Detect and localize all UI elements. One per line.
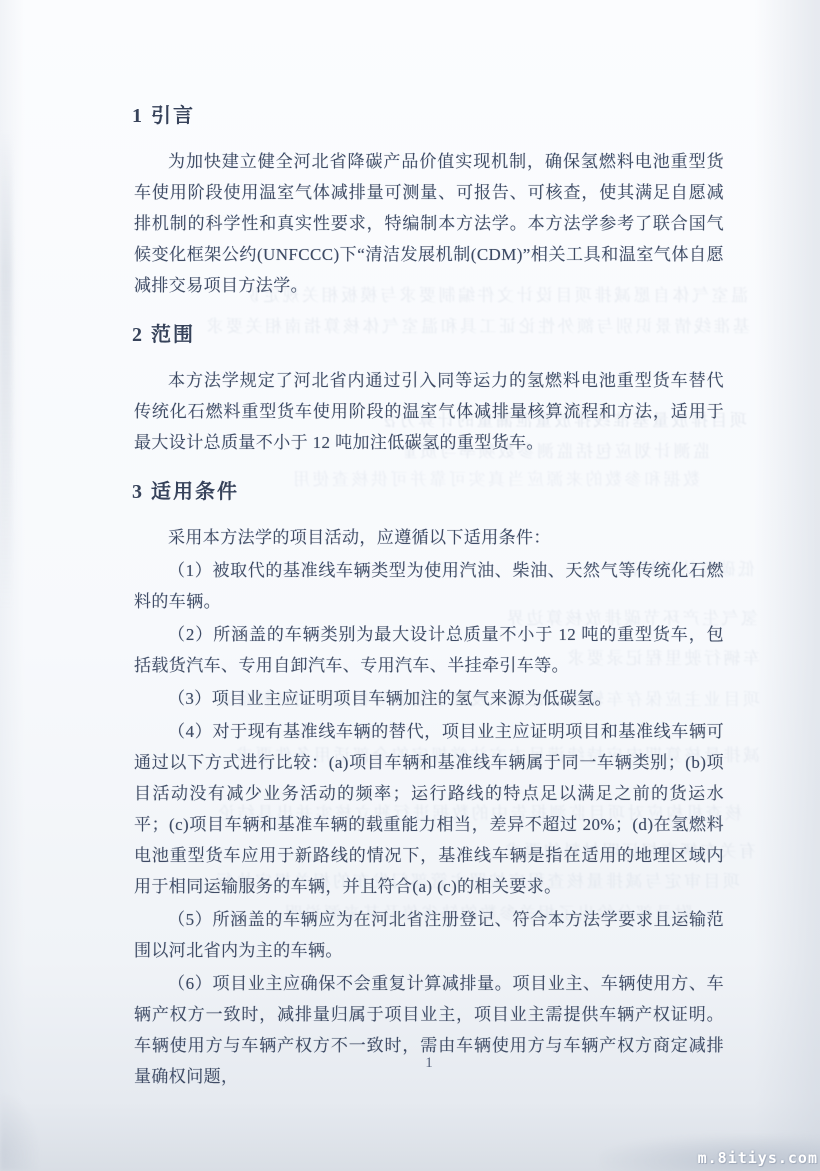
watermark-area: m.8itiys.com xyxy=(600,1131,820,1171)
condition-2-paragraph: （2）所涵盖的车辆类别为最大设计总质量不小于 12 吨的重型货车，包括载货汽车、… xyxy=(134,619,724,681)
section-2-heading: 2 范围 xyxy=(132,321,724,349)
document-content: 1 引言 为加快建立健全河北省降碳产品价值实现机制，确保氢燃料电池重型货车使用阶… xyxy=(134,102,724,1094)
section-1-paragraph: 为加快建立健全河北省降碳产品价值实现机制，确保氢燃料电池重型货车使用阶段使用温室… xyxy=(134,146,724,301)
watermark-text: m.8itiys.com xyxy=(698,1149,818,1167)
condition-3-paragraph: （3）项目业主应证明项目车辆加注的氢气来源为低碳氢。 xyxy=(134,683,724,714)
scanned-document-page: { "document": { "sections": [ { "heading… xyxy=(0,0,820,1171)
scan-edge-streak xyxy=(0,130,12,610)
section-2-paragraph: 本方法学规定了河北省内通过引入同等运力的氢燃料电池重型货车替代传统化石燃料重型货… xyxy=(134,365,724,458)
section-1-heading: 1 引言 xyxy=(132,102,724,130)
condition-1-paragraph: （1）被取代的基准线车辆类型为使用汽油、柴油、天然气等传统化石燃料的车辆。 xyxy=(134,555,724,617)
page-number: 1 xyxy=(134,1055,724,1072)
section-3-heading: 3 适用条件 xyxy=(132,478,724,506)
condition-6-paragraph: （6）项目业主应确保不会重复计算减排量。项目业主、车辆使用方、车辆产权方一致时，… xyxy=(134,968,724,1092)
condition-4-paragraph: （4）对于现有基准线车辆的替代，项目业主应证明项目和基准线车辆可通过以下方式进行… xyxy=(134,716,724,902)
section-3-intro-paragraph: 采用本方法学的项目活动，应遵循以下适用条件： xyxy=(134,522,724,553)
scan-corner-smudge xyxy=(0,1090,40,1171)
condition-5-paragraph: （5）所涵盖的车辆应为在河北省注册登记、符合本方法学要求且运输范围以河北省内为主… xyxy=(134,904,724,966)
